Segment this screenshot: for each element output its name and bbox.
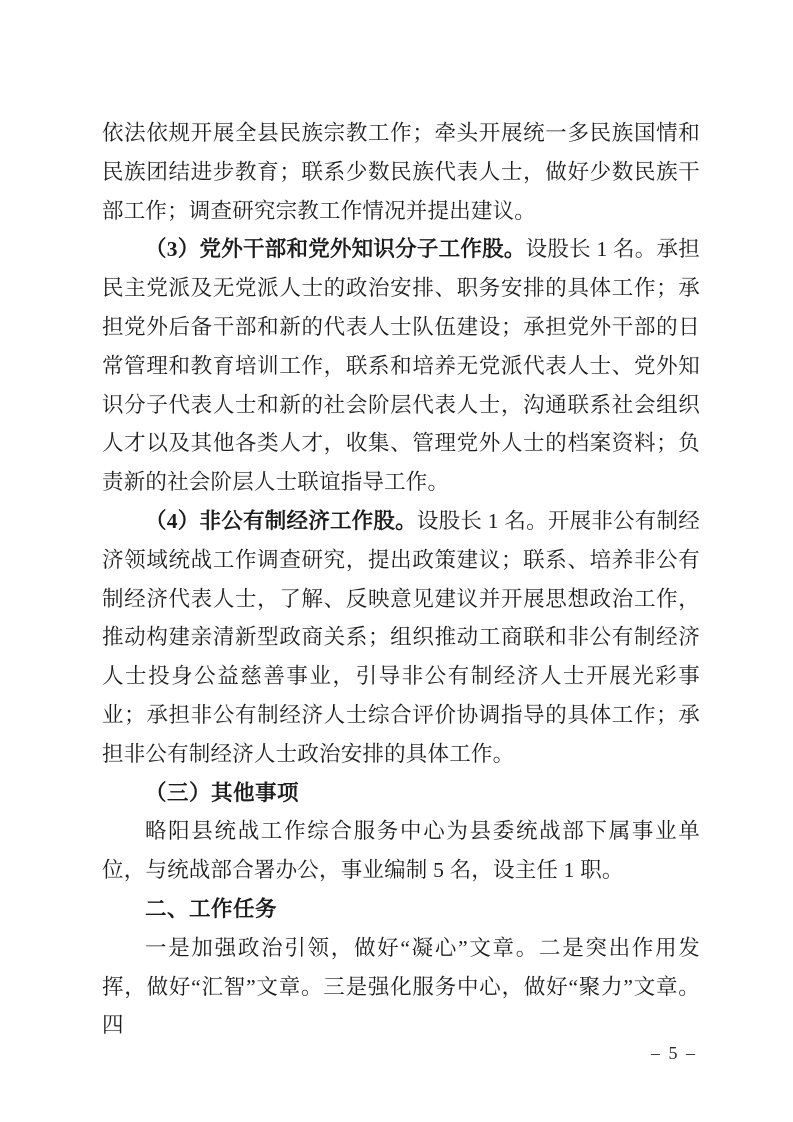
document-body: 依法依规开展全县民族宗教工作；牵头开展统一多民族国情和民族团结进步教育；联系少数… [102, 114, 700, 1045]
paragraph-service-center: 略阳县统战工作综合服务中心为县委统战部下属事业单位，与统战部合署办公，事业编制 … [102, 812, 700, 890]
paragraph-section-4-nonpublic-economy: （4）非公有制经济工作股。设股长 1 名。开展非公有制经济领域统战工作调查研究，… [102, 502, 700, 774]
heading-text: （三）其他事项 [145, 781, 299, 805]
document-page: 依法依规开展全县民族宗教工作；牵头开展统一多民族国情和民族团结进步教育；联系少数… [0, 0, 793, 1122]
paragraph-text: 设股长 1 名。承担民主党派及无党派人士的政治安排、职务安排的具体工作；承担党外… [102, 237, 700, 494]
paragraph-lead-bold: （3）党外干部和党外知识分子工作股。 [145, 237, 526, 261]
paragraph-lead-bold: （4）非公有制经济工作股。 [145, 509, 417, 533]
heading-text: 二、工作任务 [145, 897, 277, 921]
paragraph-religion-work-continuation: 依法依规开展全县民族宗教工作；牵头开展统一多民族国情和民族团结进步教育；联系少数… [102, 114, 700, 230]
page-number: – 5 – [651, 1041, 697, 1065]
heading-other-matters: （三）其他事项 [102, 774, 700, 813]
paragraph-work-tasks-list: 一是加强政治引领，做好“凝心”文章。二是突出作用发挥，做好“汇智”文章。三是强化… [102, 929, 700, 1045]
paragraph-section-3-nonparty-cadres: （3）党外干部和党外知识分子工作股。设股长 1 名。承担民主党派及无党派人士的政… [102, 230, 700, 502]
paragraph-text: 依法依规开展全县民族宗教工作；牵头开展统一多民族国情和民族团结进步教育；联系少数… [102, 121, 700, 223]
heading-work-tasks: 二、工作任务 [102, 890, 700, 929]
paragraph-text: 设股长 1 名。开展非公有制经济领域统战工作调查研究，提出政策建议；联系、培养非… [102, 509, 700, 766]
paragraph-text: 一是加强政治引领，做好“凝心”文章。二是突出作用发挥，做好“汇智”文章。三是强化… [102, 936, 700, 1038]
paragraph-text: 略阳县统战工作综合服务中心为县委统战部下属事业单位，与统战部合署办公，事业编制 … [102, 819, 700, 882]
